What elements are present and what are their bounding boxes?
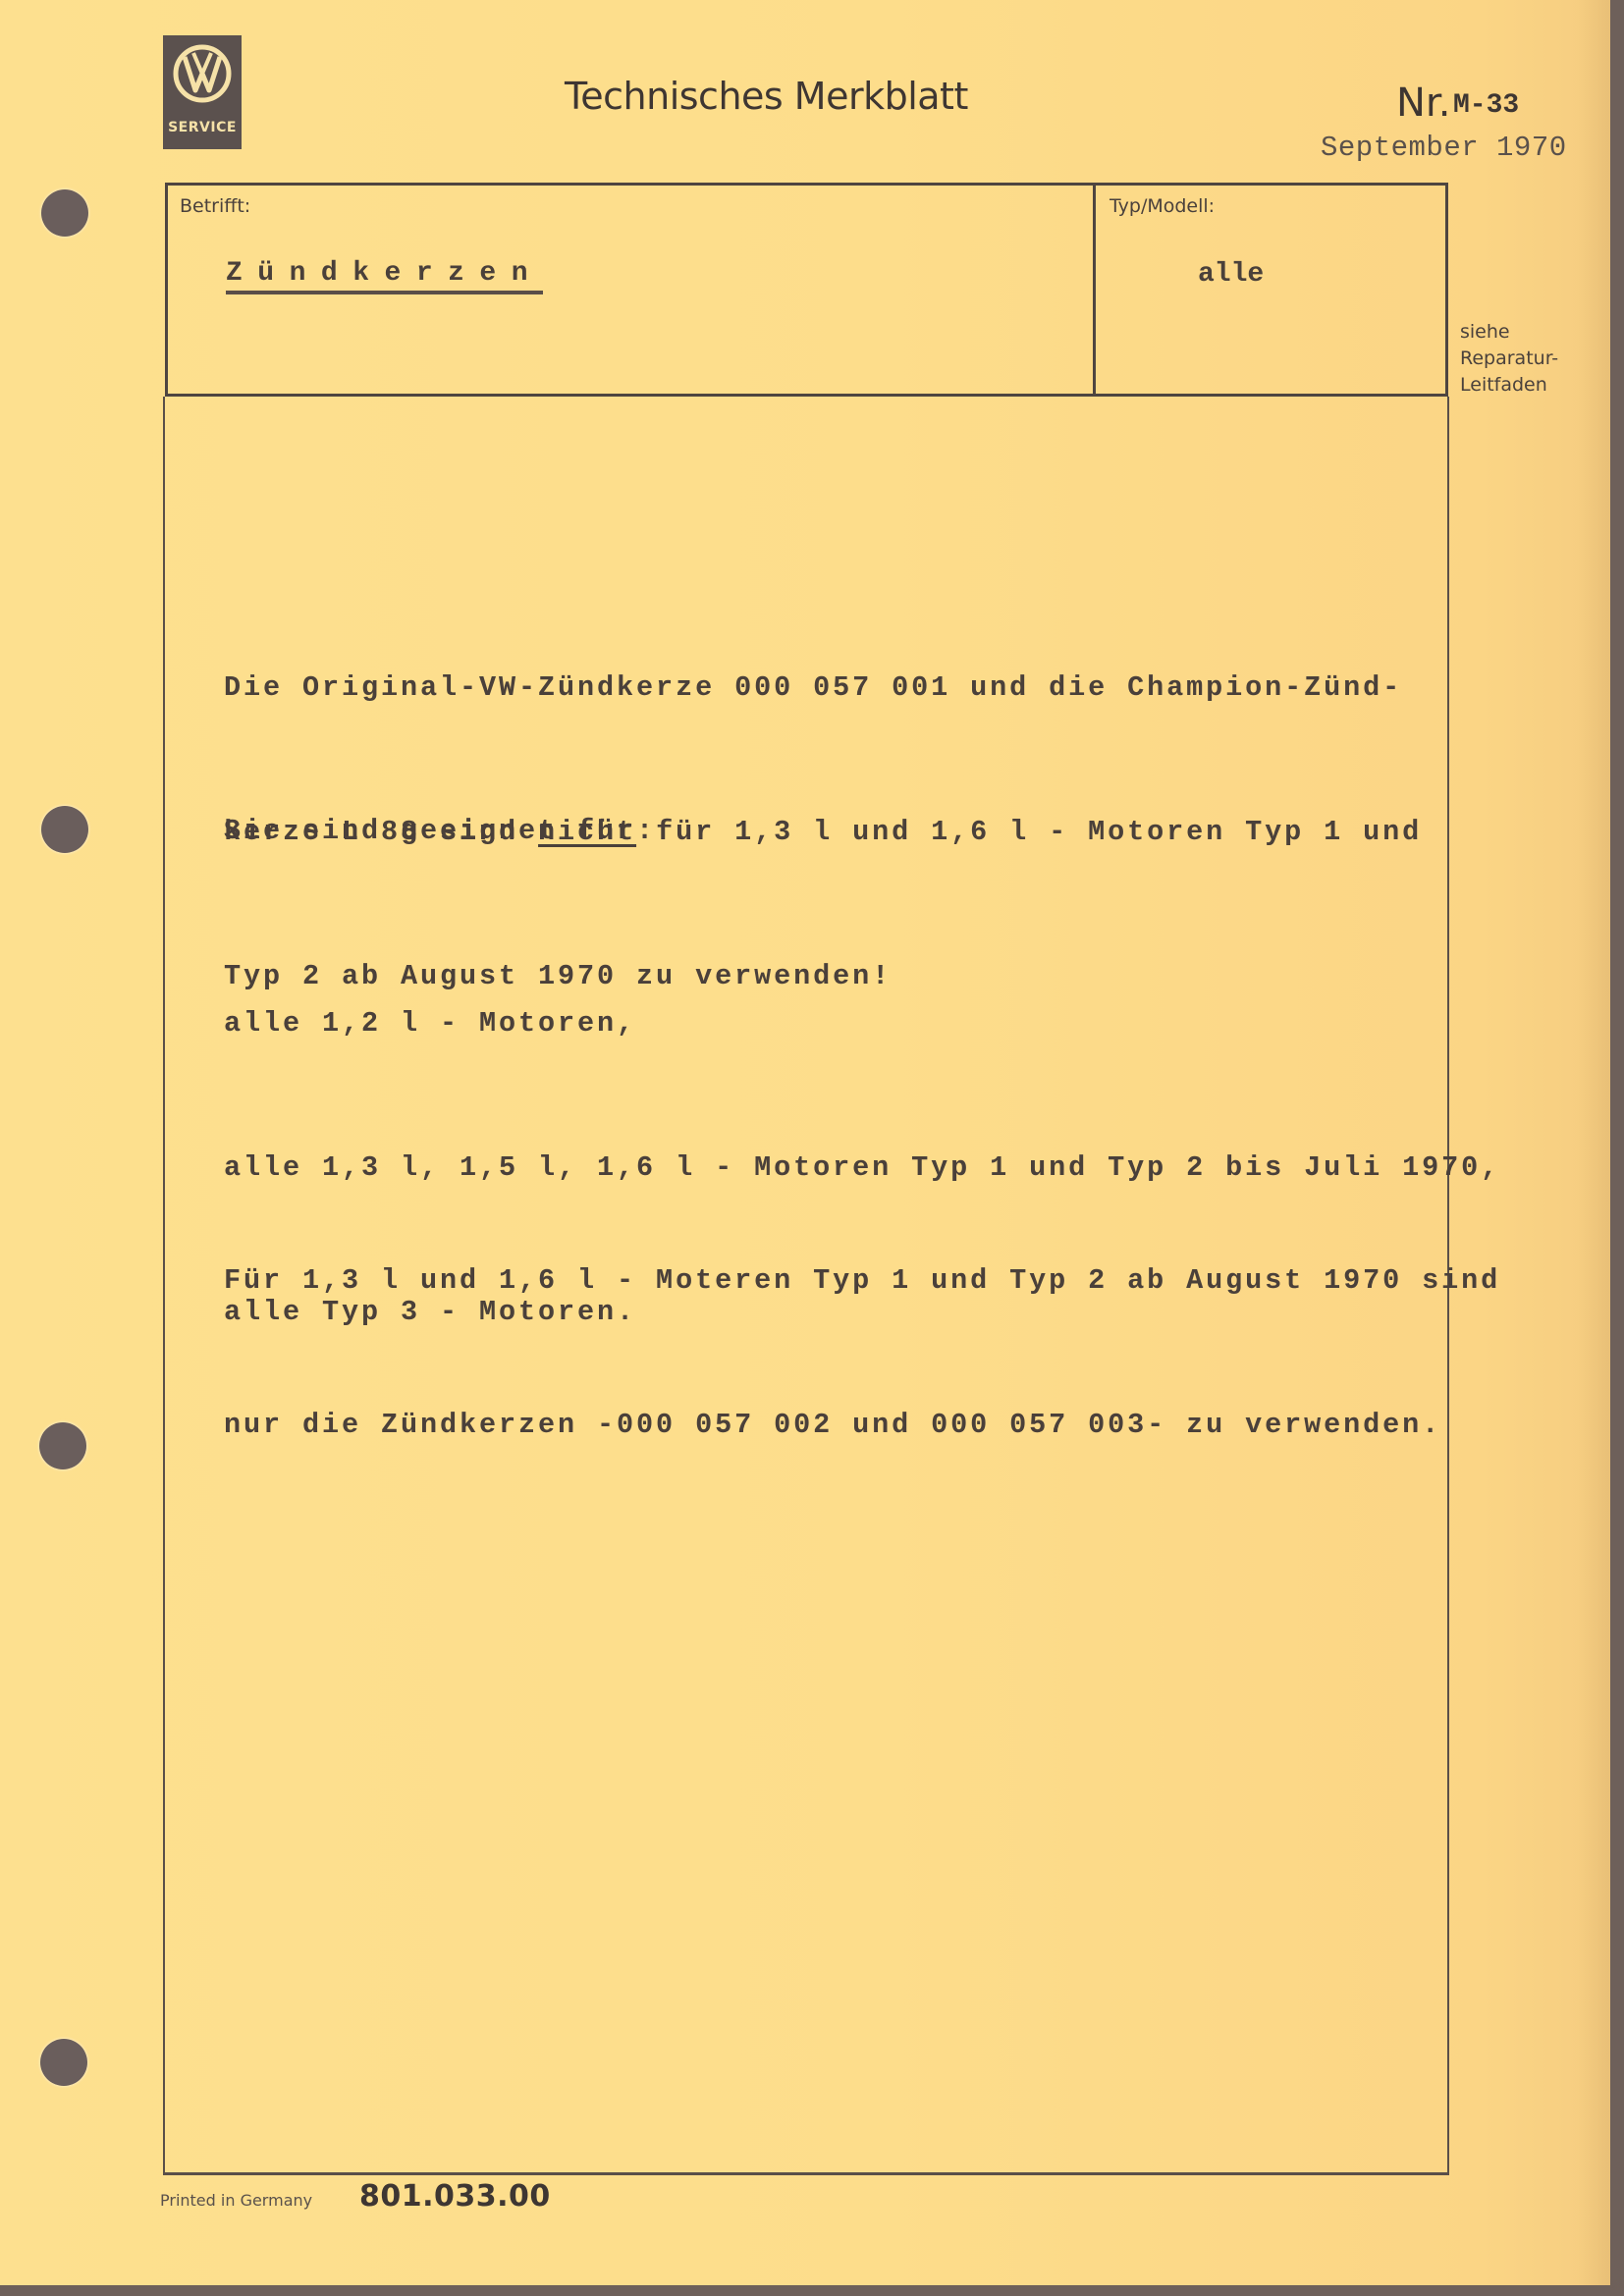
document-date: September 1970 (1321, 132, 1567, 164)
document-title: Technisches Merkblatt (565, 75, 968, 118)
model-value: alle (1198, 259, 1264, 290)
punch-hole (39, 1422, 86, 1469)
side-note-line: Leitfaden (1460, 372, 1558, 399)
subject-label: Betrifft: (180, 195, 250, 217)
side-note-line: Reparatur- (1460, 346, 1558, 372)
list-item: alle 1,2 l - Motoren, (224, 999, 1500, 1047)
text-line: Die Original-VW-Zündkerze 000 057 001 un… (224, 664, 1422, 712)
subject-box-divider (1093, 183, 1096, 397)
vw-logo-icon (171, 41, 234, 106)
form-number: 801.033.00 (359, 2179, 551, 2214)
punch-hole (41, 189, 88, 237)
text-line: Für 1,3 l und 1,6 l - Moteren Typ 1 und … (224, 1256, 1500, 1305)
paragraph-3: Für 1,3 l und 1,6 l - Moteren Typ 1 und … (224, 1160, 1500, 1545)
document-number: M-33 (1453, 90, 1519, 121)
document-page: SERVICE Technisches Merkblatt Nr. M-33 S… (0, 0, 1610, 2285)
printed-in-germany: Printed in Germany (160, 2191, 312, 2210)
side-note: siehe Reparatur- Leitfaden (1460, 319, 1558, 399)
logo-service-text: SERVICE (163, 120, 242, 135)
text-line: nur die Zündkerzen -000 057 002 und 000 … (224, 1401, 1500, 1449)
vw-service-logo: SERVICE (163, 35, 242, 149)
punch-hole (40, 2039, 87, 2086)
text-span: für 1,3 l und 1,6 l - Motoren Typ 1 und (636, 816, 1422, 848)
punch-hole (41, 806, 88, 853)
model-label: Typ/Modell: (1110, 195, 1215, 217)
page-edge-shadow (1577, 0, 1610, 2285)
number-label: Nr. (1396, 80, 1450, 126)
side-note-line: siehe (1460, 319, 1558, 346)
subject-value: Zündkerzen (226, 257, 543, 294)
paragraph-2-heading: Sie sind geeignet für: (224, 807, 656, 855)
